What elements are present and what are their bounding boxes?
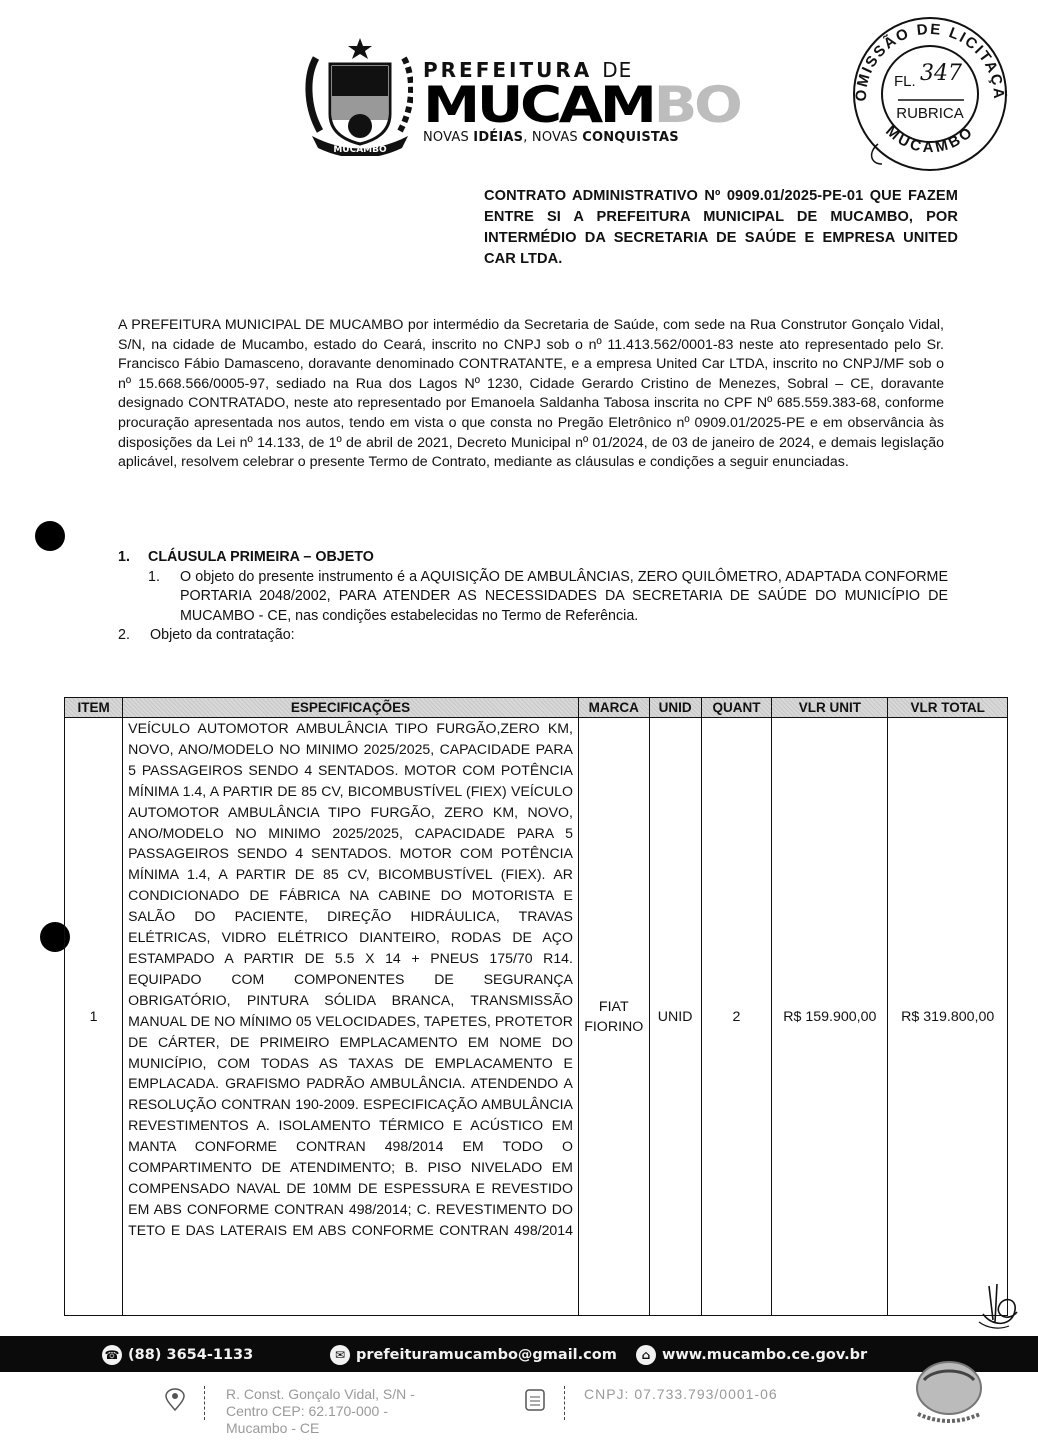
svg-text:RUBRICA: RUBRICA — [896, 105, 964, 122]
svg-text:MUCAMBO: MUCAMBO — [882, 122, 978, 156]
footer-email[interactable]: ✉ prefeituramucambo@gmail.com — [330, 1345, 617, 1365]
footer-address: R. Const. Gonçalo Vidal, S/N - Centro CE… — [226, 1386, 415, 1437]
contract-title: CONTRATO ADMINISTRATIVO Nº 0909.01/2025-… — [484, 186, 958, 270]
table-header-row: ITEM ESPECIFICAÇÕES MARCA UNID QUANT VLR… — [65, 698, 1008, 718]
footer-cnpj: CNPJ: 07.733.793/0001-06 — [584, 1386, 778, 1403]
footer-website[interactable]: ⌂ www.mucambo.ce.gov.br — [636, 1345, 867, 1365]
prefeitura-logo: MUCAMBO PREFEITURA DE MUCAMBO NOVAS IDÉI… — [298, 36, 698, 156]
clause-primeira: 1.CLÁUSULA PRIMEIRA – OBJETO 1.O objeto … — [118, 548, 948, 646]
footer-contact-bar: ☎ (88) 3654-1133 ✉ prefeituramucambo@gma… — [0, 1336, 1038, 1372]
coat-of-arms-icon: MUCAMBO — [298, 36, 413, 156]
home-icon: ⌂ — [636, 1345, 656, 1365]
footer-divider — [564, 1386, 565, 1420]
svg-text:FL.: FL. — [894, 73, 916, 90]
cell-vlr-total: R$ 319.800,00 — [888, 718, 1008, 1316]
email-icon: ✉ — [330, 1345, 350, 1365]
logo-mucambo: MUCAMBO — [423, 82, 739, 128]
footer-divider — [204, 1386, 205, 1420]
header-vlr-total: VLR TOTAL — [888, 698, 1008, 718]
items-table: ITEM ESPECIFICAÇÕES MARCA UNID QUANT VLR… — [64, 697, 1008, 1316]
table-row: 1 VEÍCULO AUTOMOTOR AMBULÂNCIA TIPO FURG… — [65, 718, 1008, 1316]
svg-text:COMISSÃO DE LICITAÇÃO: COMISSÃO DE LICITAÇÃO — [842, 14, 1008, 102]
phone-icon: ☎ — [102, 1345, 122, 1365]
cell-item: 1 — [65, 718, 123, 1316]
header-unid: UNID — [649, 698, 701, 718]
svg-text:347: 347 — [920, 61, 962, 86]
header-vlr-unit: VLR UNIT — [772, 698, 888, 718]
svg-text:MUCAMBO: MUCAMBO — [333, 145, 387, 155]
cell-quant: 2 — [701, 718, 772, 1316]
header-item: ITEM — [65, 698, 123, 718]
preamble-paragraph: A PREFEITURA MUNICIPAL DE MUCAMBO por in… — [118, 316, 944, 473]
cell-vlr-unit: R$ 159.900,00 — [772, 718, 888, 1316]
clause-heading: 1.CLÁUSULA PRIMEIRA – OBJETO — [118, 548, 948, 568]
document-icon — [524, 1388, 546, 1412]
header-quant: QUANT — [701, 698, 772, 718]
cell-spec: VEÍCULO AUTOMOTOR AMBULÂNCIA TIPO FURGÃO… — [123, 718, 579, 1316]
header-especificacoes: ESPECIFICAÇÕES — [123, 698, 579, 718]
clause-item: 2.Objeto da contratação: — [118, 626, 948, 646]
footer-phone: ☎ (88) 3654-1133 — [102, 1345, 253, 1365]
cell-unid: UNID — [649, 718, 701, 1316]
licitacao-stamp: COMISSÃO DE LICITAÇÃO MUCAMBO FL. 347 RU… — [842, 14, 1018, 174]
cell-marca: FIAT FIORINO — [578, 718, 649, 1316]
punch-hole — [35, 521, 65, 551]
signature-rubric — [975, 1276, 1025, 1332]
location-pin-icon — [164, 1388, 186, 1412]
clause-item: 1.O objeto do presente instrumento é a A… — [118, 568, 948, 627]
municipal-seal-icon — [908, 1350, 990, 1432]
header-marca: MARCA — [578, 698, 649, 718]
